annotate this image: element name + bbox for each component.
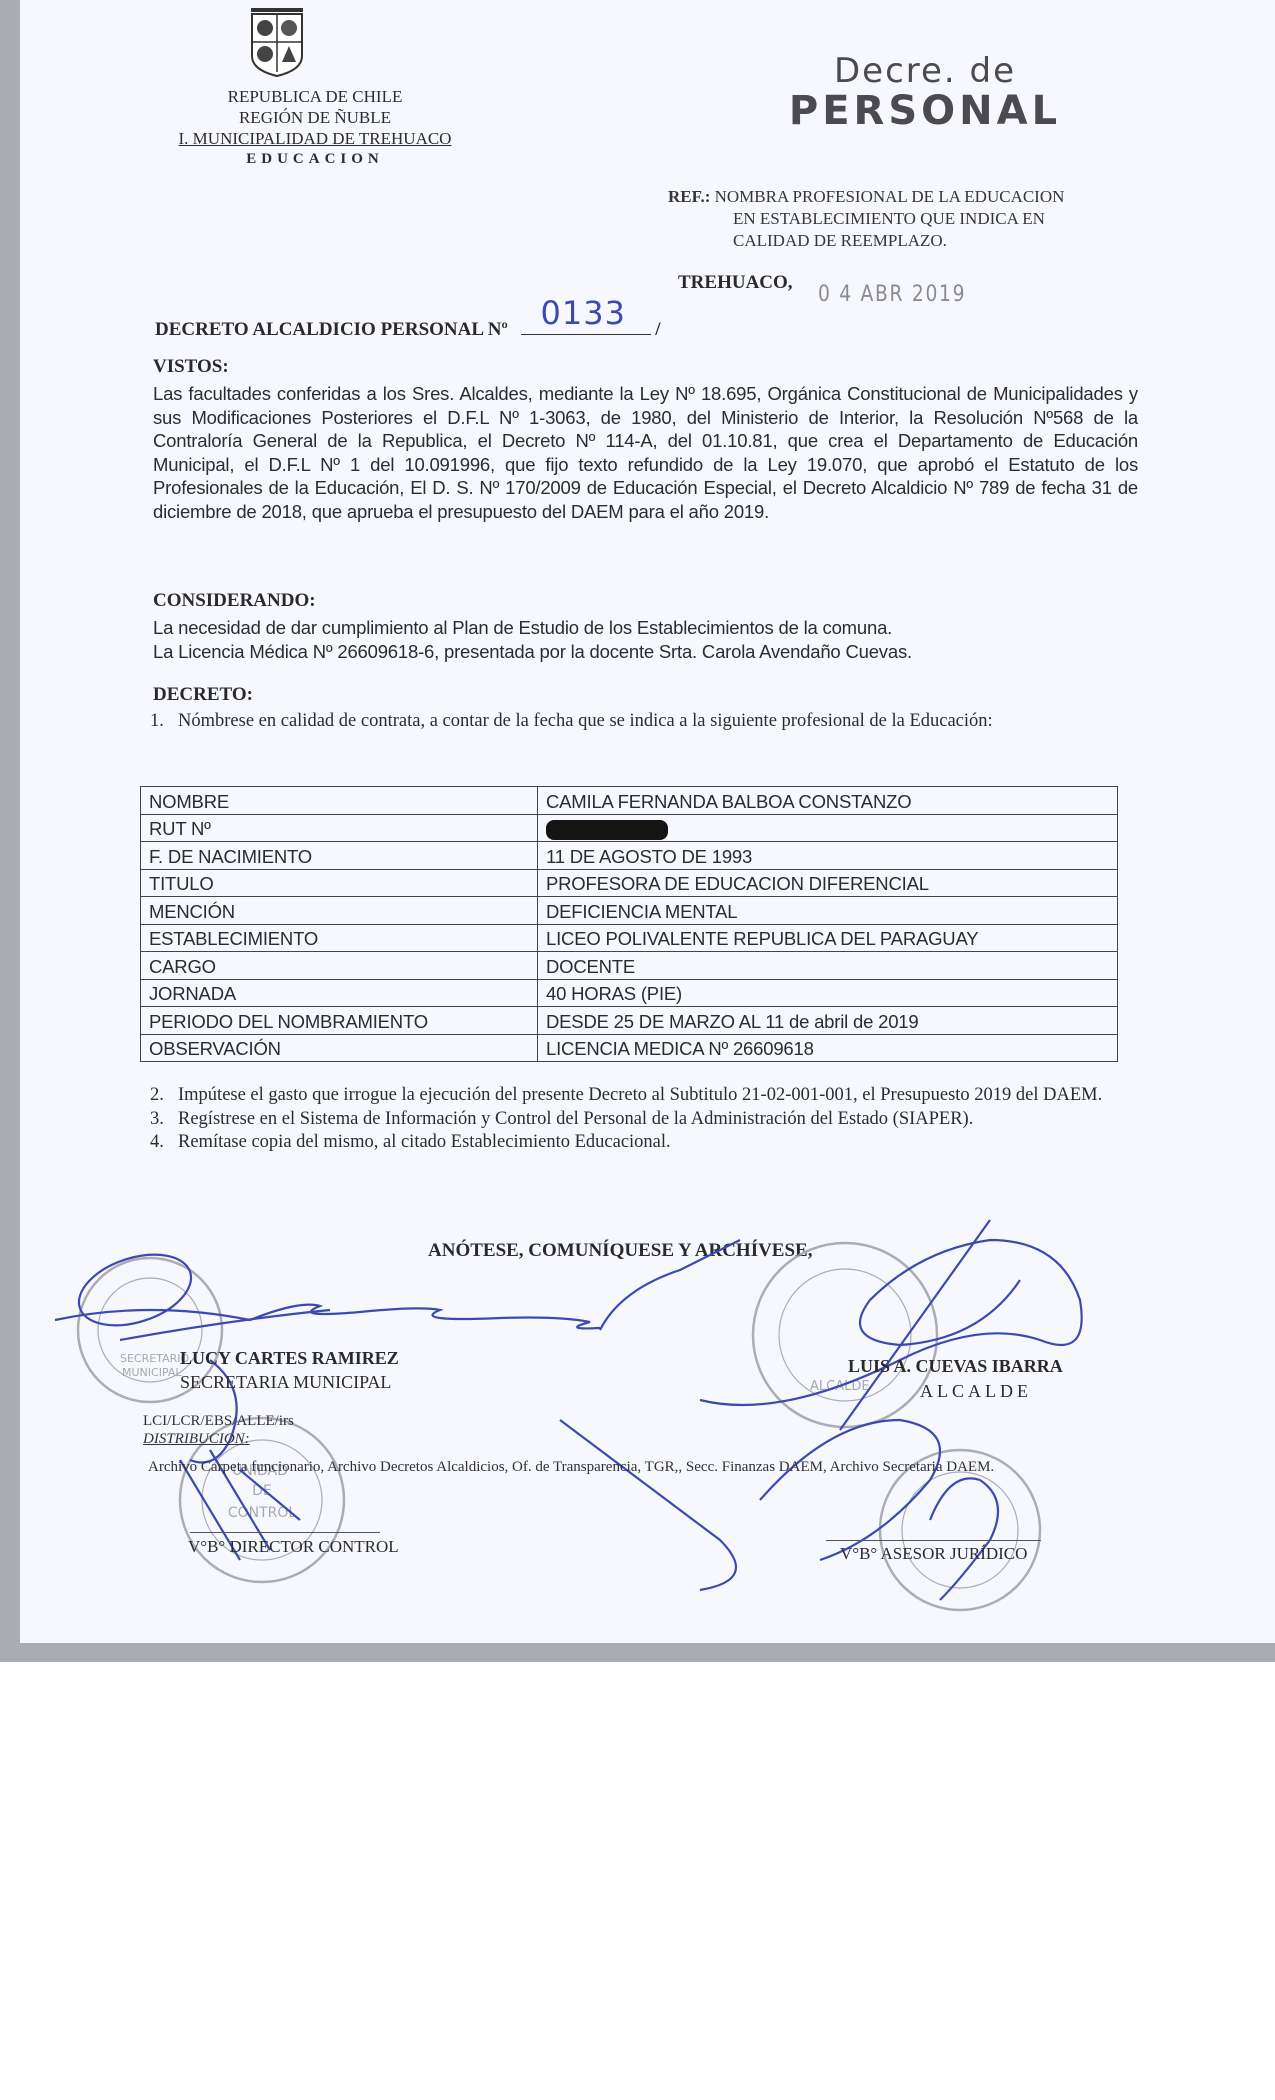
field-label: JORNADA <box>141 979 538 1007</box>
letterhead: REPUBLICA DE CHILE REGIÓN DE ÑUBLE I. MU… <box>150 86 480 170</box>
ref-line: EN ESTABLECIMIENTO QUE INDICA EN <box>668 208 1138 230</box>
decreto-item: 2. Impútese el gasto que irrogue la ejec… <box>150 1084 1140 1108</box>
considerando-heading: CONSIDERANDO: <box>153 590 316 612</box>
field-label: ESTABLECIMIENTO <box>141 924 538 952</box>
field-label: TITULO <box>141 869 538 897</box>
field-label: PERIODO DEL NOMBRAMIENTO <box>141 1007 538 1035</box>
mayor-role: ALCALDE <box>920 1381 1032 1402</box>
vistos-heading: VISTOS: <box>153 356 229 378</box>
item-text: Regístrese en el Sistema de Información … <box>178 1108 1140 1132</box>
letterhead-line: I. MUNICIPALIDAD DE TREHUACO <box>150 128 480 149</box>
item-number: 3. <box>150 1108 178 1132</box>
item-number: 1. <box>150 710 178 734</box>
stamp-line: PERSONAL <box>780 90 1070 132</box>
appointment-table: NOMBRECAMILA FERNANDA BALBOA CONSTANZO R… <box>140 786 1118 1062</box>
closing-formula: ANÓTESE, COMUNÍQUESE Y ARCHÍVESE, <box>428 1240 812 1262</box>
ref-line: CALIDAD DE REEMPLAZO. <box>668 230 1138 252</box>
secretary-role: SECRETARIA MUNICIPAL <box>180 1372 391 1393</box>
field-label: F. DE NACIMIENTO <box>141 842 538 870</box>
distribution-label: DISTRIBUCION: <box>143 1430 250 1448</box>
initials: LCI/LCR/EBS/ALLE/irs <box>143 1412 294 1430</box>
field-label: MENCIÓN <box>141 897 538 925</box>
decreto-list-continued: 2. Impútese el gasto que irrogue la ejec… <box>150 1084 1140 1155</box>
field-value: PROFESORA DE EDUCACION DIFERENCIAL <box>538 869 1118 897</box>
table-row: F. DE NACIMIENTO11 DE AGOSTO DE 1993 <box>141 842 1118 870</box>
table-row: ESTABLECIMIENTOLICEO POLIVALENTE REPUBLI… <box>141 924 1118 952</box>
item-text: Remítase copia del mismo, al citado Esta… <box>178 1131 1140 1155</box>
field-value: DESDE 25 DE MARZO AL 11 de abril de 2019 <box>538 1007 1118 1035</box>
reference-block: REF.: NOMBRA PROFESIONAL DE LA EDUCACION… <box>668 186 1138 252</box>
table-row: TITULOPROFESORA DE EDUCACION DIFERENCIAL <box>141 869 1118 897</box>
mayor-name: LUIS A. CUEVAS IBARRA <box>848 1356 1063 1377</box>
field-value: CAMILA FERNANDA BALBOA CONSTANZO <box>538 787 1118 815</box>
considerando-line: La necesidad de dar cumplimiento al Plan… <box>153 616 1138 640</box>
secretary-name: LUCY CARTES RAMIREZ <box>180 1348 399 1369</box>
table-row: RUT Nº <box>141 814 1118 842</box>
decreto-item: 4. Remítase copia del mismo, al citado E… <box>150 1131 1140 1155</box>
place: TREHUACO, <box>678 272 793 294</box>
item-number: 2. <box>150 1084 178 1108</box>
field-value: 11 DE AGOSTO DE 1993 <box>538 842 1118 870</box>
redaction-mark <box>546 820 668 840</box>
distribution-list: Archivo Carpeta funcionario, Archivo Dec… <box>148 1458 1148 1476</box>
letterhead-line: EDUCACION <box>150 149 480 170</box>
decree-suffix: / <box>655 319 660 340</box>
decreto-list: 1. Nómbrese en calidad de contrata, a co… <box>150 710 1140 734</box>
table-row: CARGODOCENTE <box>141 952 1118 980</box>
field-value: LICEO POLIVALENTE REPUBLICA DEL PARAGUAY <box>538 924 1118 952</box>
considerando-line: La Licencia Médica Nº 26609618-6, presen… <box>153 640 1138 664</box>
decreto-heading: DECRETO: <box>153 684 253 706</box>
field-label: RUT Nº <box>141 814 538 842</box>
control-signature-line <box>190 1532 380 1533</box>
control-role: V°B° DIRECTOR CONTROL <box>188 1537 399 1557</box>
decree-number: 0133 <box>541 294 626 332</box>
table-row: MENCIÓNDEFICIENCIA MENTAL <box>141 897 1118 925</box>
decree-number-line: DECRETO ALCALDICIO PERSONAL Nº 0133 / <box>155 312 661 341</box>
document-type-stamp: Decre. de PERSONAL <box>780 52 1070 132</box>
decreto-item: 1. Nómbrese en calidad de contrata, a co… <box>150 710 1140 734</box>
item-text: Impútese el gasto que irrogue la ejecuci… <box>178 1084 1140 1108</box>
item-text: Nómbrese en calidad de contrata, a conta… <box>178 710 1140 734</box>
vistos-text: Las facultades conferidas a los Sres. Al… <box>153 382 1138 523</box>
letterhead-line: REGIÓN DE ÑUBLE <box>150 107 480 128</box>
field-value: LICENCIA MEDICA Nº 26609618 <box>538 1034 1118 1062</box>
table-row: JORNADA40 HORAS (PIE) <box>141 979 1118 1007</box>
stamp-line: Decre. de <box>780 52 1070 90</box>
field-value: DEFICIENCIA MENTAL <box>538 897 1118 925</box>
decree-number-field: 0133 <box>521 312 651 335</box>
field-label: OBSERVACIÓN <box>141 1034 538 1062</box>
table-row: PERIODO DEL NOMBRAMIENTODESDE 25 DE MARZ… <box>141 1007 1118 1035</box>
table-row: OBSERVACIÓNLICENCIA MEDICA Nº 26609618 <box>141 1034 1118 1062</box>
decree-label: DECRETO ALCALDICIO PERSONAL Nº <box>155 319 508 340</box>
legal-signature-line <box>826 1540 1041 1541</box>
decreto-item: 3. Regístrese en el Sistema de Informaci… <box>150 1108 1140 1132</box>
field-value: DOCENTE <box>538 952 1118 980</box>
legal-role: V°B° ASESOR JURÍDICO <box>840 1544 1027 1564</box>
coat-of-arms-icon <box>248 6 306 78</box>
ref-line: NOMBRA PROFESIONAL DE LA EDUCACION <box>715 187 1065 206</box>
letterhead-line: REPUBLICA DE CHILE <box>150 86 480 107</box>
field-value <box>538 814 1118 842</box>
field-label: NOMBRE <box>141 787 538 815</box>
date-stamp: 0 4 ABR 2019 <box>818 282 966 307</box>
field-label: CARGO <box>141 952 538 980</box>
field-value: 40 HORAS (PIE) <box>538 979 1118 1007</box>
table-row: NOMBRECAMILA FERNANDA BALBOA CONSTANZO <box>141 787 1118 815</box>
item-number: 4. <box>150 1131 178 1155</box>
ref-label: REF.: <box>668 187 710 206</box>
